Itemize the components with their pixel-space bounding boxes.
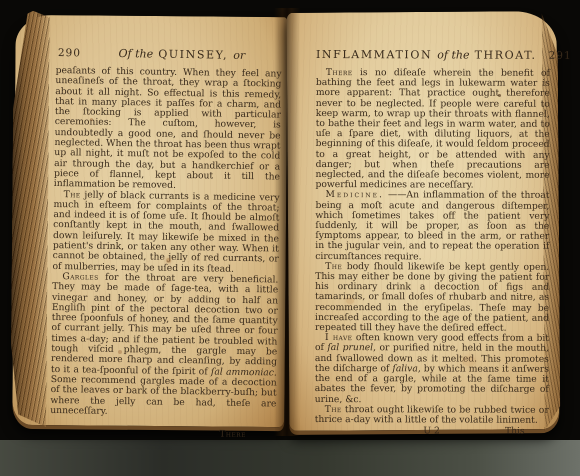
left-page-text: 290 Of the QUINSEY, or peaſants of this … [50,46,282,441]
book-photo: 290 Of the QUINSEY, or peaſants of this … [0,0,580,476]
paragraph: The throat ought likewiſe to be rubbed t… [315,405,549,426]
right-page-text: INFLAMMATION of the THROAT.291 There is … [315,48,550,438]
text-segment: throat ought likewiſe to be rubbed twice… [315,404,549,426]
right-page-head: INFLAMMATION of the THROAT.291 [316,48,550,64]
text-segment: peaſants of this country. When they feel… [54,65,282,191]
left-running-header: Of the QUINSEY, or [118,47,245,62]
text-segment: body ſhould likewiſe be kept gently open… [315,261,549,334]
right-catchword: This [505,426,525,437]
text-segment: ——An inflammation of the throat being a … [315,190,549,262]
paragraph: There is no diſeaſe wherein the benefit … [316,68,550,191]
left-page-body: peaſants of this country. When they feel… [50,66,281,420]
paragraph: The jelly of black currants is a medicin… [52,190,279,276]
text-segment: Some recommend gargles made of a decocti… [50,374,277,417]
paragraph: Medicine. ——An inflammation of the throa… [315,190,549,262]
text-segment: QUINSEY, [153,48,233,62]
left-page-number: 290 [58,47,81,59]
text-segment: INFLAMMATION [316,48,437,61]
left-catchword: There [219,429,246,440]
paragraph: Gargles for the throat are very benefici… [50,272,278,420]
text-segment: for the throat are very beneficial. They… [51,272,279,377]
text-segment: is no diſeaſe wherein the benefit of bat… [316,67,550,191]
text-segment: jelly of black currants is a medicine ve… [52,189,279,274]
left-page-head: 290 Of the QUINSEY, or [56,46,282,65]
text-segment: THROAT. [470,49,537,62]
right-page-footer: U 2 This [315,425,549,438]
right-page-number: 291 [537,50,572,62]
text-segment: Of the [118,47,153,61]
text-segment: of the [437,48,469,61]
right-running-header: INFLAMMATION of the THROAT. [316,48,537,62]
paragraph: I have often known very good effects fro… [315,333,549,405]
paragraph: The body ſhould likewiſe be kept gently … [315,262,549,334]
right-page-body: There is no diſeaſe wherein the benefit … [315,68,550,426]
paragraph: peaſants of this country. When they feel… [54,66,282,193]
text-segment: or [233,49,245,62]
